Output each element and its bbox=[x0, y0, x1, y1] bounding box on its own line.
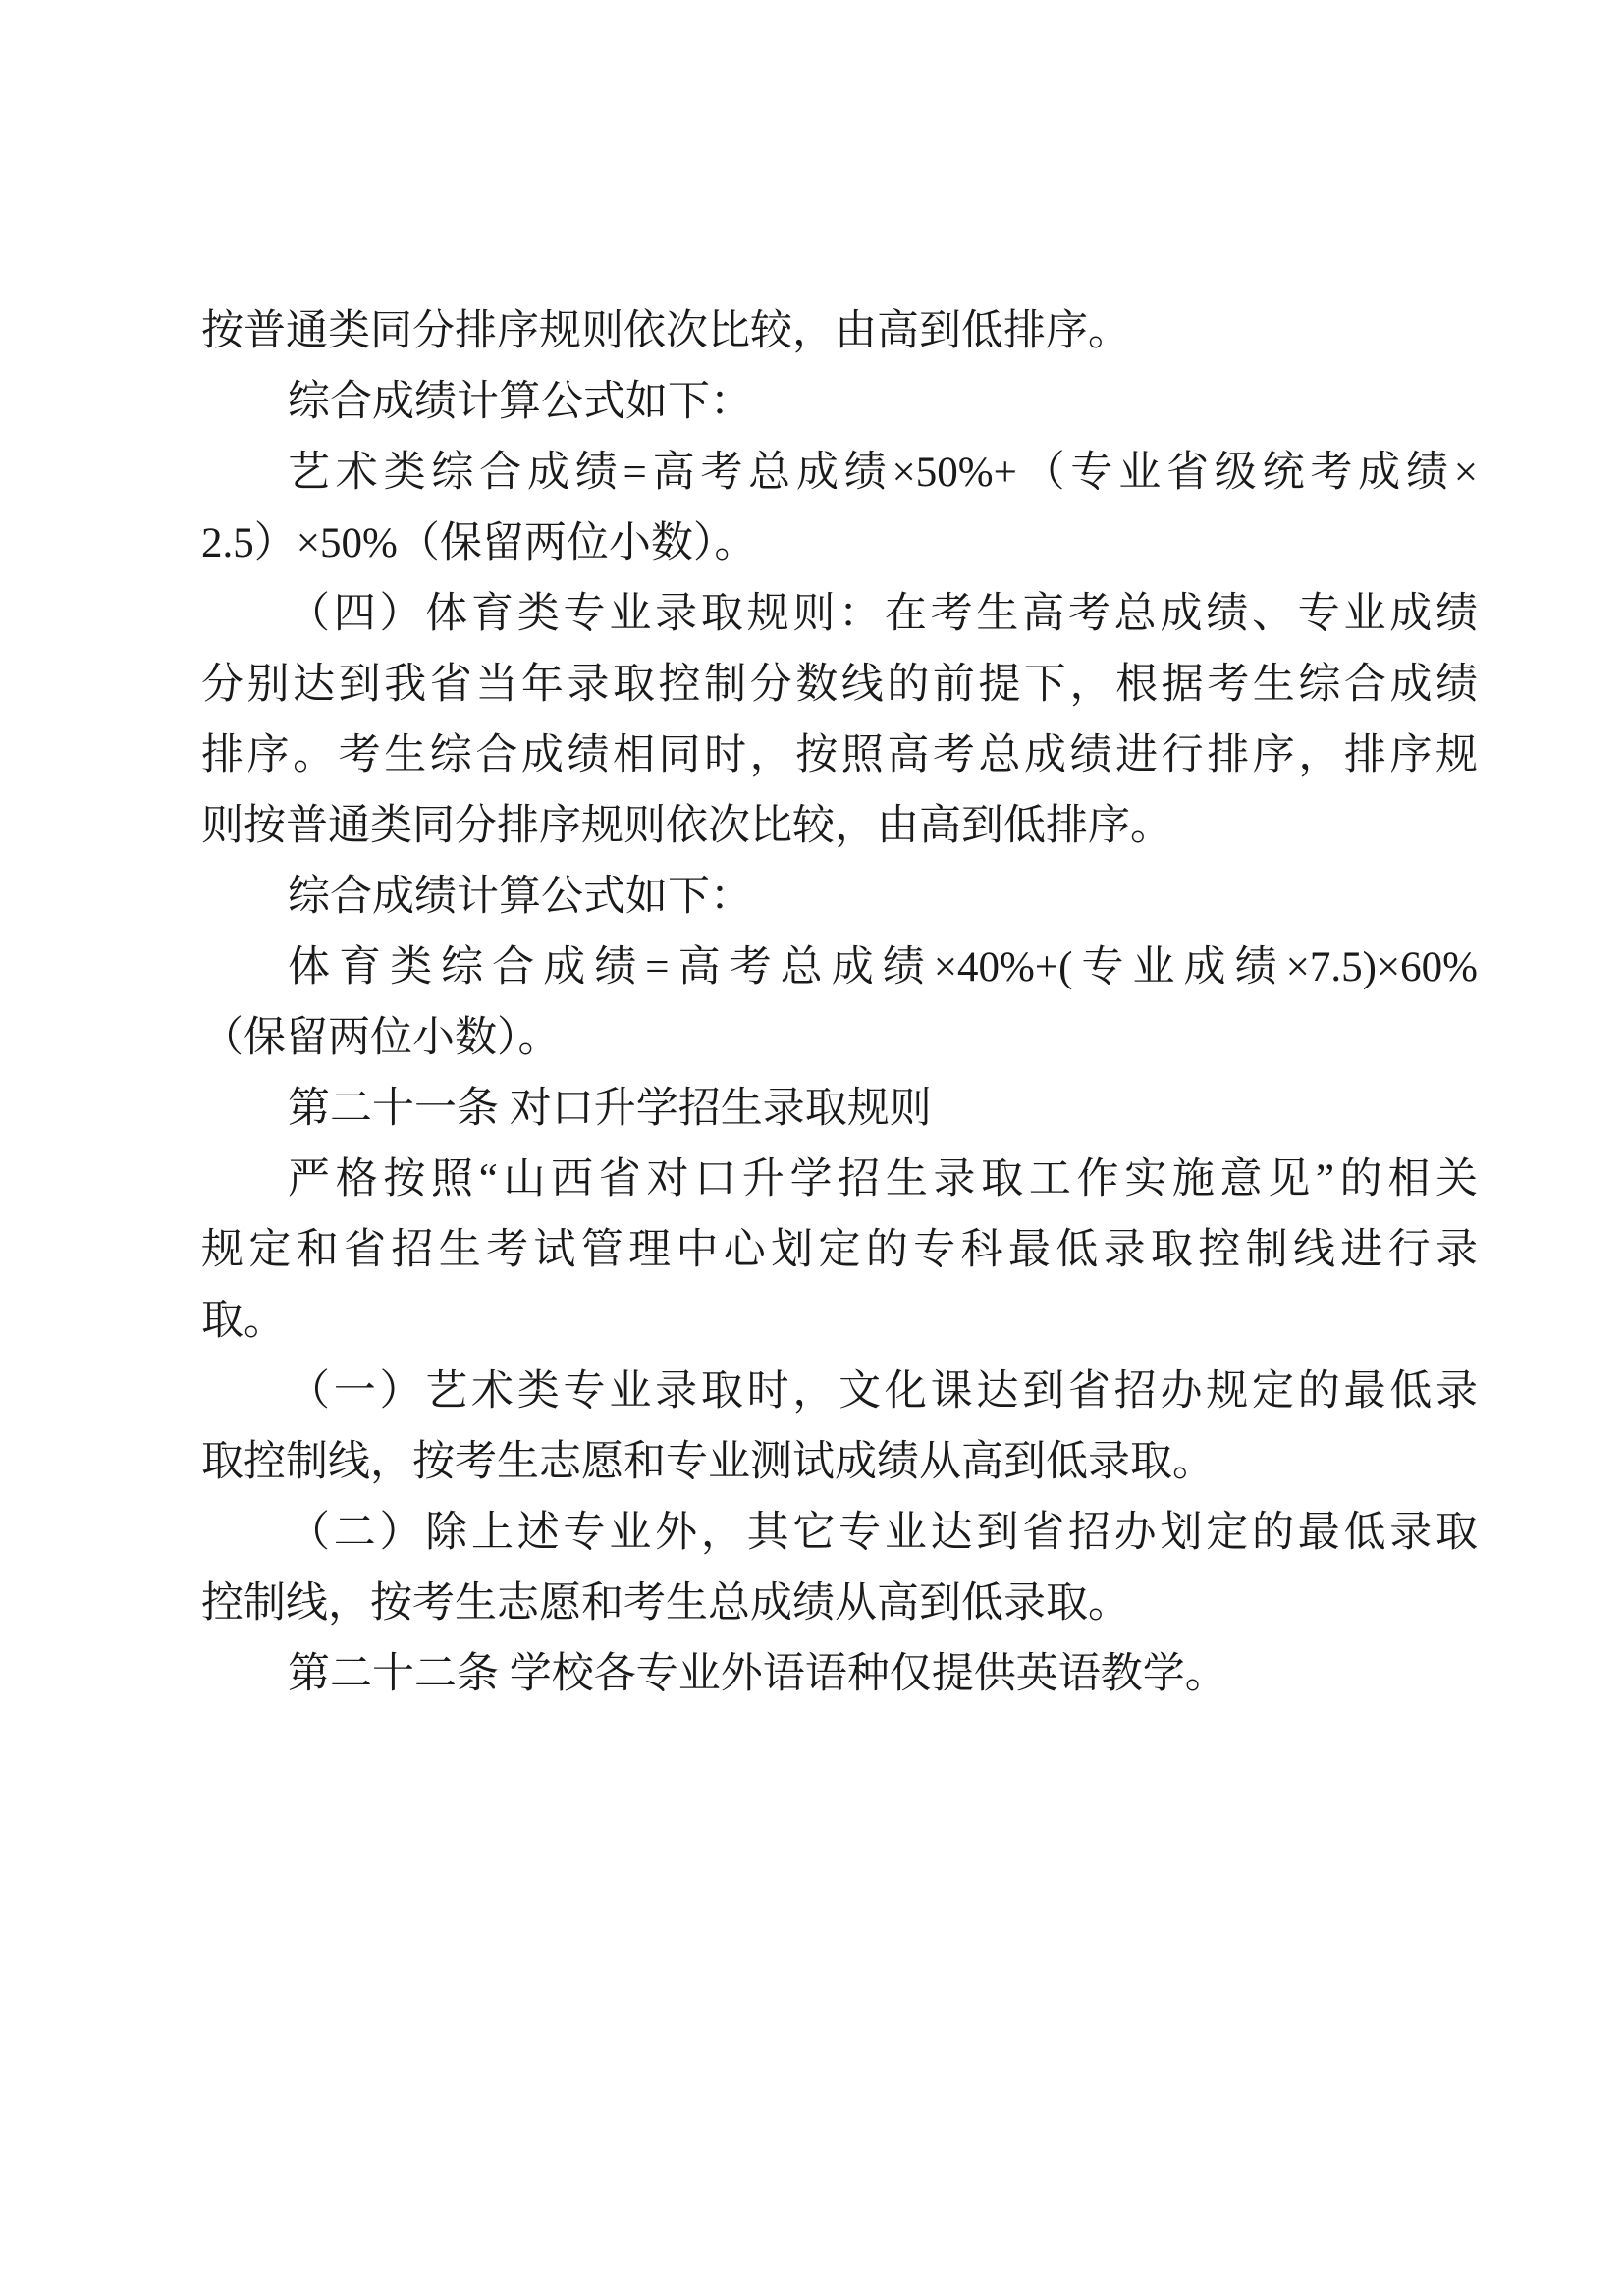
text-line: 严格按照“山西省对口升学招生录取工作实施意见”的相关 bbox=[201, 1145, 1478, 1215]
text-line: 则按普通类同分排序规则依次比较，由高到低排序。 bbox=[201, 791, 1478, 862]
text-line: 取。 bbox=[201, 1286, 1478, 1357]
text-line: 第二十一条 对口升学招生录取规则 bbox=[201, 1074, 1478, 1145]
text-line: 分别达到我省当年录取控制分数线的前提下，根据考生综合成绩 bbox=[201, 650, 1478, 721]
text-block: 按普通类同分排序规则依次比较，由高到低排序。综合成绩计算公式如下：艺术类综合成绩… bbox=[201, 296, 1478, 1710]
text-line: 综合成绩计算公式如下： bbox=[201, 862, 1478, 933]
text-line: （保留两位小数）。 bbox=[201, 1003, 1478, 1074]
text-line: 第二十二条 学校各专业外语语种仅提供英语教学。 bbox=[201, 1639, 1478, 1710]
text-line: 取控制线，按考生志愿和专业测试成绩从高到低录取。 bbox=[201, 1427, 1478, 1498]
text-line: （二）除上述专业外，其它专业达到省招办划定的最低录取 bbox=[201, 1498, 1478, 1569]
text-line: （一）艺术类专业录取时，文化课达到省招办规定的最低录 bbox=[201, 1357, 1478, 1427]
text-line: 控制线，按考生志愿和考生总成绩从高到低录取。 bbox=[201, 1569, 1478, 1639]
text-line: 规定和省招生考试管理中心划定的专科最低录取控制线进行录 bbox=[201, 1215, 1478, 1286]
document-page: 按普通类同分排序规则依次比较，由高到低排序。综合成绩计算公式如下：艺术类综合成绩… bbox=[0, 0, 1624, 2296]
text-line: （四）体育类专业录取规则：在考生高考总成绩、专业成绩 bbox=[201, 579, 1478, 650]
text-line: 排序。考生综合成绩相同时，按照高考总成绩进行排序，排序规 bbox=[201, 721, 1478, 791]
text-line: 2.5）×50%（保留两位小数）。 bbox=[201, 508, 1478, 579]
text-line: 艺术类综合成绩=高考总成绩×50%+（专业省级统考成绩× bbox=[201, 438, 1478, 508]
text-line: 按普通类同分排序规则依次比较，由高到低排序。 bbox=[201, 296, 1478, 367]
text-line: 综合成绩计算公式如下： bbox=[201, 367, 1478, 438]
text-line: 体育类综合成绩=高考总成绩×40%+(专业成绩×7.5)×60% bbox=[201, 933, 1478, 1003]
